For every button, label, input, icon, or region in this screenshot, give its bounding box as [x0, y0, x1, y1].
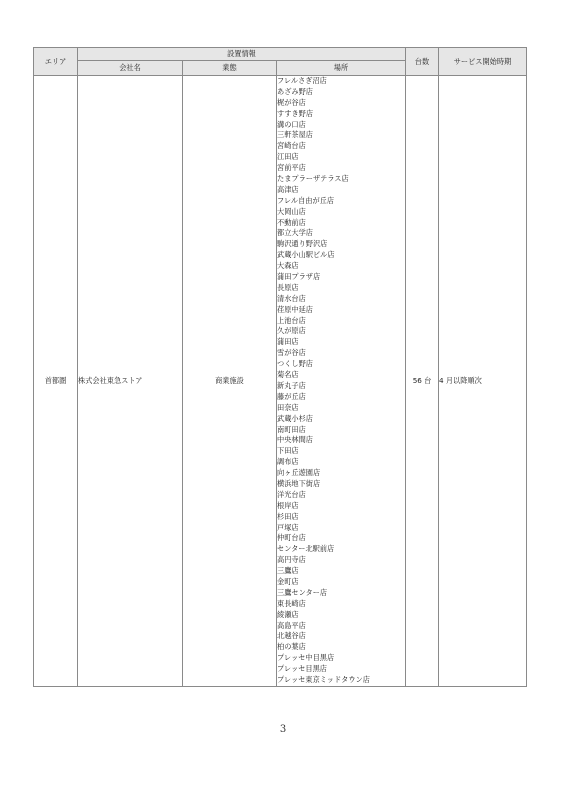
header-service-start: サービス開始時期 [439, 48, 527, 76]
header-location: 場所 [277, 61, 406, 76]
store-item: 洋光台店 [277, 490, 405, 501]
store-item: 長原店 [277, 283, 405, 294]
store-item: 溝の口店 [277, 120, 405, 131]
store-item: つくし野店 [277, 359, 405, 370]
store-item: 高円寺店 [277, 555, 405, 566]
store-item: 調布店 [277, 457, 405, 468]
store-item: あざみ野店 [277, 87, 405, 98]
store-item: 東長崎店 [277, 599, 405, 610]
table-row: 首都圏 株式会社東急ストア 商業施設 フレルさぎ沼店あざみ野店梶が谷店すすき野店… [34, 76, 527, 687]
store-item: 仲町台店 [277, 533, 405, 544]
store-item: フレルさぎ沼店 [277, 76, 405, 87]
store-item: 三鷹店 [277, 566, 405, 577]
store-item: たまプラーザテラス店 [277, 174, 405, 185]
store-item: 宮前平店 [277, 163, 405, 174]
store-item: プレッセ目黒店 [277, 664, 405, 675]
store-item: プレッセ中目黒店 [277, 653, 405, 664]
store-item: 久が原店 [277, 326, 405, 337]
store-item: 綾瀬店 [277, 610, 405, 621]
store-item: 藤が丘店 [277, 392, 405, 403]
store-item: 下田店 [277, 446, 405, 457]
store-item: 駒沢通り野沢店 [277, 239, 405, 250]
store-item: 高津店 [277, 185, 405, 196]
store-item: 荏原中延店 [277, 305, 405, 316]
store-item: 宮崎台店 [277, 141, 405, 152]
store-item: 三軒茶屋店 [277, 130, 405, 141]
header-business-type: 業態 [183, 61, 277, 76]
store-item: 梶が谷店 [277, 98, 405, 109]
cell-service-start: 4 月以降順次 [439, 76, 527, 687]
cell-business-type: 商業施設 [183, 76, 277, 687]
store-item: 田奈店 [277, 403, 405, 414]
store-item: 清水台店 [277, 294, 405, 305]
store-item: 武蔵小山駅ビル店 [277, 250, 405, 261]
store-item: 北越谷店 [277, 631, 405, 642]
cell-company: 株式会社東急ストア [78, 76, 183, 687]
store-item: 杉田店 [277, 512, 405, 523]
store-item: 菊名店 [277, 370, 405, 381]
store-item: 柏の葉店 [277, 642, 405, 653]
store-item: 戸塚店 [277, 523, 405, 534]
store-item: フレル自由が丘店 [277, 196, 405, 207]
page-number: 3 [0, 724, 566, 735]
cell-area: 首都圏 [34, 76, 78, 687]
store-item: プレッセ東京ミッドタウン店 [277, 675, 405, 686]
store-item: 蒲田プラザ店 [277, 272, 405, 283]
store-item: 大岡山店 [277, 207, 405, 218]
header-install-info: 設置情報 [78, 48, 406, 61]
store-item: 横浜地下街店 [277, 479, 405, 490]
store-item: 武蔵小杉店 [277, 414, 405, 425]
store-item: 向ヶ丘遊園店 [277, 468, 405, 479]
store-item: 上池台店 [277, 316, 405, 327]
store-item: 雪が谷店 [277, 348, 405, 359]
store-item: 金町店 [277, 577, 405, 588]
store-item: 南町田店 [277, 425, 405, 436]
header-area: エリア [34, 48, 78, 76]
store-item: 三鷹センター店 [277, 588, 405, 599]
store-item: センター北駅前店 [277, 544, 405, 555]
header-count: 台数 [406, 48, 439, 76]
installation-table: エリア 設置情報 台数 サービス開始時期 会社名 業態 場所 首都圏 株式会社東… [33, 47, 527, 687]
store-item: 都立大学店 [277, 228, 405, 239]
store-item: 中央林間店 [277, 435, 405, 446]
store-item: 高島平店 [277, 621, 405, 632]
store-item: 大森店 [277, 261, 405, 272]
cell-count: 56 台 [406, 76, 439, 687]
store-item: 不動前店 [277, 218, 405, 229]
store-item: すすき野店 [277, 109, 405, 120]
store-item: 江田店 [277, 152, 405, 163]
cell-store-list: フレルさぎ沼店あざみ野店梶が谷店すすき野店溝の口店三軒茶屋店宮崎台店江田店宮前平… [277, 76, 406, 687]
store-item: 蒲田店 [277, 337, 405, 348]
header-company: 会社名 [78, 61, 183, 76]
store-item: 根岸店 [277, 501, 405, 512]
store-item: 新丸子店 [277, 381, 405, 392]
